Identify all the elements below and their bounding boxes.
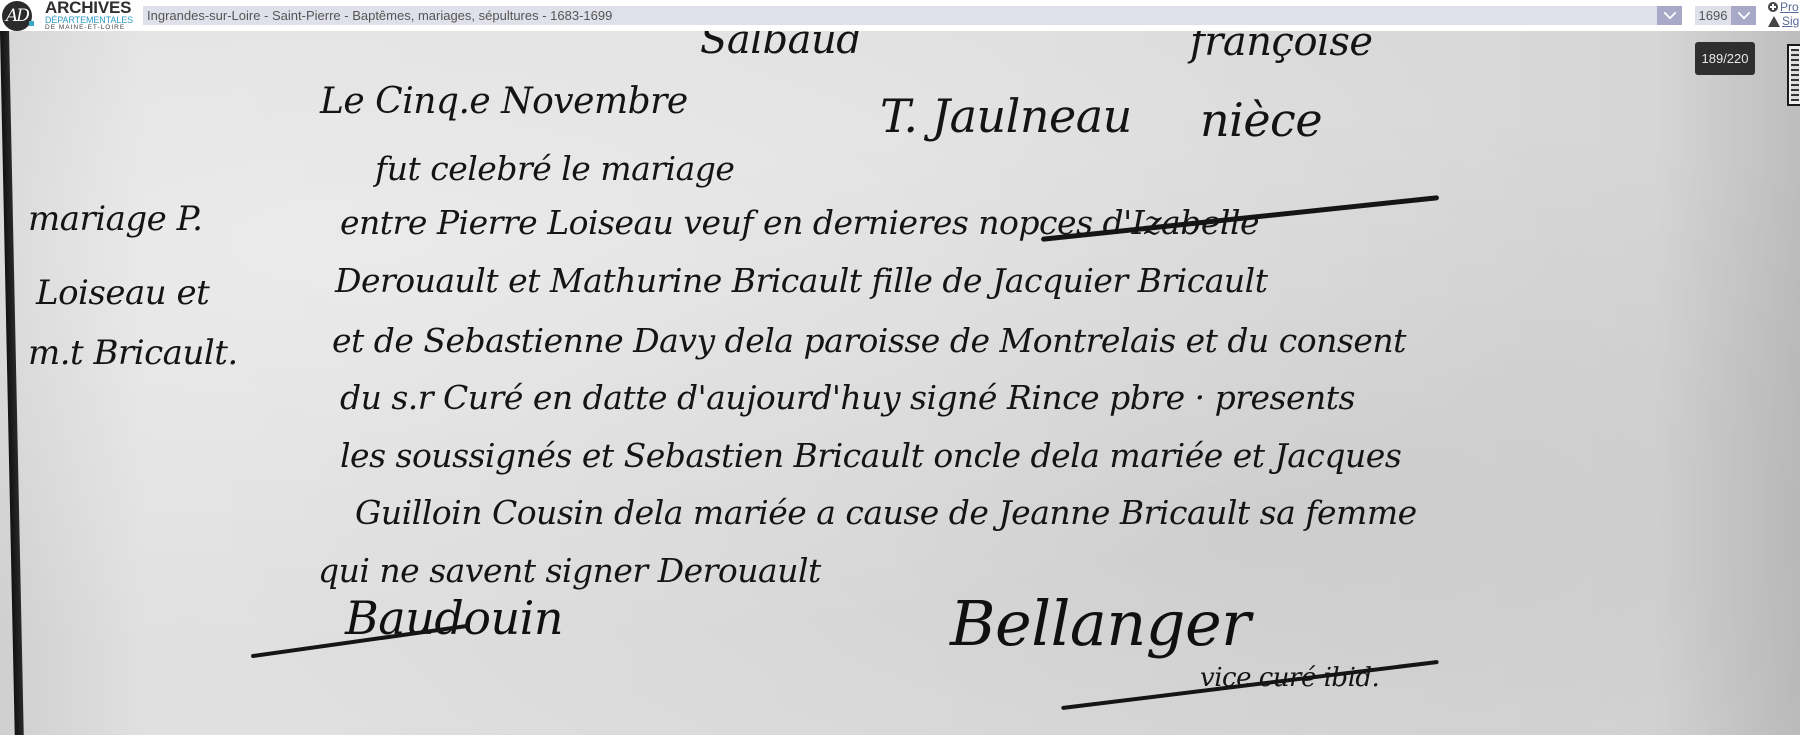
record-line-4: Derouault et Mathurine Bricault fille de… <box>335 261 1267 300</box>
record-line-7: les soussignés et Sebastien Bricault onc… <box>340 436 1401 475</box>
page-binding-edge <box>0 31 24 735</box>
chevron-down-icon <box>1664 7 1677 20</box>
margin-note-line-2: Loiseau et <box>36 273 209 313</box>
top-bar: AD ARCHIVES DÉPARTEMENTALES DE MAINE-ET-… <box>0 0 1800 31</box>
document-title-dropdown-button[interactable] <box>1657 6 1682 25</box>
record-line-5: et de Sebastienne Davy dela paroisse de … <box>332 321 1406 360</box>
link-pro[interactable]: Pro <box>1768 0 1800 14</box>
document-title-select[interactable]: Ingrandes-sur-Loire - Saint-Pierre - Bap… <box>143 6 1657 25</box>
record-line-3: entre Pierre Loiseau veuf en dernieres n… <box>340 203 1259 242</box>
record-line-6: du s.r Curé en datte d'aujourd'huy signé… <box>340 378 1355 417</box>
signature-bellanger: Bellanger <box>950 587 1250 660</box>
link-pro-label[interactable]: Pro <box>1780 0 1799 14</box>
fragment-top-1: Salbaud <box>700 31 861 63</box>
year-select[interactable]: 1696 <box>1695 6 1731 25</box>
warning-icon <box>1768 16 1780 27</box>
record-line-9: qui ne savent signer Derouault <box>318 551 821 590</box>
signature-title: vice curé ibid. <box>1200 663 1379 693</box>
page-thumbnail[interactable] <box>1787 44 1800 106</box>
logo-accent-dot <box>29 21 34 26</box>
page-counter: 189/220 <box>1695 42 1755 75</box>
plus-circle-icon <box>1768 2 1778 12</box>
fragment-top-4: nièce <box>1200 93 1322 147</box>
margin-note-line-3: m.t Bricault. <box>28 333 238 373</box>
margin-note-line-1: mariage P. <box>28 199 202 239</box>
fragment-top-2: françoise <box>1190 31 1373 65</box>
archives-logo[interactable]: AD ARCHIVES DÉPARTEMENTALES DE MAINE-ET-… <box>2 1 142 31</box>
year-dropdown-button[interactable] <box>1731 6 1756 25</box>
document-image-viewer[interactable]: Salbaud françoise T. Jaulneau nièce mari… <box>0 31 1800 735</box>
record-line-1: Le Cinq.e Novembre <box>320 81 688 122</box>
logo-monogram-icon: AD <box>2 1 32 31</box>
header-links: Pro Sig <box>1768 0 1800 28</box>
record-line-8: Guilloin Cousin dela mariée a cause de J… <box>355 493 1417 532</box>
chevron-down-icon <box>1738 7 1751 20</box>
link-sig-label[interactable]: Sig <box>1782 14 1799 28</box>
record-line-2: fut celebré le mariage <box>375 149 734 188</box>
fragment-top-3: T. Jaulneau <box>880 89 1132 143</box>
link-sig[interactable]: Sig <box>1768 14 1800 28</box>
logo-region: DE MAINE-ET-LOIRE <box>45 24 125 31</box>
